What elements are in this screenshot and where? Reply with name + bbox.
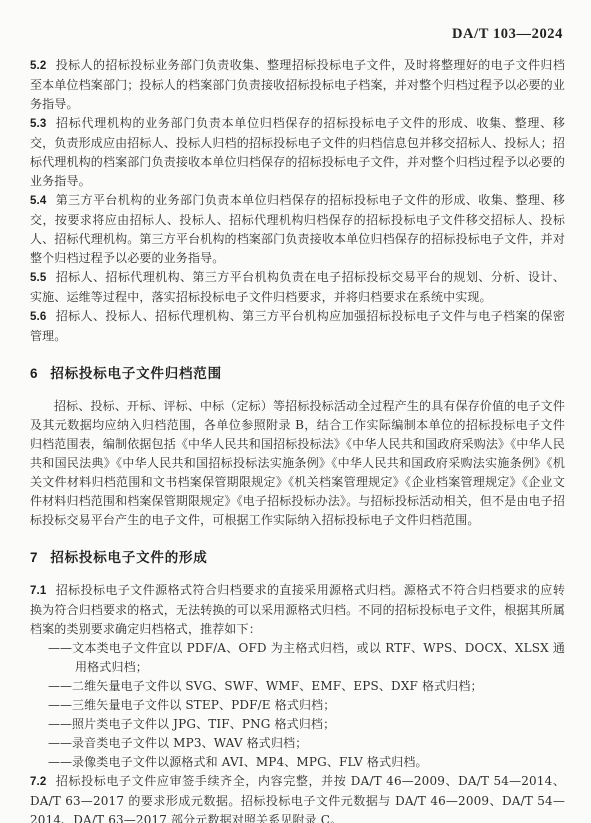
clause-7-1-number: 7.1 [30,585,46,597]
format-list-item-2d-vector: ——二维矢量电子文件以 SVG、SWF、WMF、EMF、EPS、DXF 格式归档… [30,677,565,696]
section-7-title: 招标投标电子文件的形成 [50,550,207,565]
section-6-title: 招标投标电子文件归档范围 [50,366,222,381]
format-list-item-3d-vector: ——三维矢量电子文件以 STEP、PDF/E 格式归档； [30,696,565,715]
list-dash: —— [48,717,72,731]
list-dash: —— [48,736,72,750]
list-item-text: 二维矢量电子文件以 SVG、SWF、WMF、EMF、EPS、DXF 格式归档； [72,679,483,693]
section-7-number: 7 [30,550,38,565]
section-6-number: 6 [30,366,38,381]
clause-5-3: 5.3招标代理机构的业务部门负责本单位归档保存的招标投标电子文件的形成、收集、整… [30,114,565,191]
clause-5-2-number: 5.2 [30,60,46,72]
list-dash: —— [48,755,72,769]
clause-5-4-number: 5.4 [30,195,46,207]
clause-5-5-number: 5.5 [30,272,46,284]
clause-7-1-text: 招标投标电子文件源格式符合归档要求的直接采用源格式归档。源格式不符合归档要求的应… [30,583,565,636]
document-page: DA/T 103—2024 5.2投标人的招标投标业务部门负责收集、整理招标投标… [0,0,591,823]
clause-7-1: 7.1招标投标电子文件源格式符合归档要求的直接采用源格式归档。源格式不符合归档要… [30,581,565,639]
clause-5-4-text: 第三方平台机构的业务部门负责本单位归档保存的招标投标电子文件的形成、收集、整理、… [30,193,565,265]
list-dash: —— [48,679,72,693]
clause-5-5-text: 招标人、招标代理机构、第三方平台机构负责在电子招标投标交易平台的规划、分析、设计… [30,270,565,304]
clause-7-2-text: 招标投标电子文件应审签手续齐全，内容完整，并按 DA/T 46—2009、DA/… [30,774,565,823]
clause-7-2: 7.2招标投标电子文件应审签手续齐全，内容完整，并按 DA/T 46—2009、… [30,772,565,823]
clause-5-6: 5.6招标人、投标人、招标代理机构、第三方平台机构应加强招标投标电子文件与电子档… [30,307,565,346]
list-item-text: 文本类电子文件宜以 PDF/A、OFD 为主格式归档，或以 RTF、WPS、DO… [72,641,565,674]
section-6-heading: 6招标投标电子文件归档范围 [30,362,565,382]
clause-5-2-text: 投标人的招标投标业务部门负责收集、整理招标投标电子文件，及时将整理好的电子文件归… [30,58,565,111]
list-item-text: 录音类电子文件以 MP3、WAV 格式归档； [72,736,307,750]
clause-5-3-number: 5.3 [30,118,46,130]
clause-7-2-number: 7.2 [30,776,46,788]
clause-5-5: 5.5招标人、招标代理机构、第三方平台机构负责在电子招标投标交易平台的规划、分析… [30,268,565,307]
format-list-item-audio: ——录音类电子文件以 MP3、WAV 格式归档； [30,734,565,753]
section-6-paragraph: 招标、投标、开标、评标、中标（定标）等招标投标活动全过程产生的具有保存价值的电子… [30,397,565,530]
list-dash: —— [48,698,72,712]
list-item-text: 录像类电子文件以源格式和 AVI、MP4、MPG、FLV 格式归档。 [72,755,428,769]
list-item-text: 三维矢量电子文件以 STEP、PDF/E 格式归档； [72,698,335,712]
clause-5-3-text: 招标代理机构的业务部门负责本单位归档保存的招标投标电子文件的形成、收集、整理、移… [30,116,565,188]
format-list-item-photo: ——照片类电子文件以 JPG、TIF、PNG 格式归档； [30,715,565,734]
clause-5-2: 5.2投标人的招标投标业务部门负责收集、整理招标投标电子文件，及时将整理好的电子… [30,56,565,114]
section-7-heading: 7招标投标电子文件的形成 [30,546,565,566]
list-dash: —— [48,641,72,655]
format-list-item-video: ——录像类电子文件以源格式和 AVI、MP4、MPG、FLV 格式归档。 [30,753,565,772]
format-list-item-text-class: ——文本类电子文件宜以 PDF/A、OFD 为主格式归档，或以 RTF、WPS、… [30,639,565,677]
standard-number-header: DA/T 103—2024 [30,26,563,43]
clause-5-6-text: 招标人、投标人、招标代理机构、第三方平台机构应加强招标投标电子文件与电子档案的保… [30,309,565,343]
list-item-text: 照片类电子文件以 JPG、TIF、PNG 格式归档； [72,717,335,731]
clause-5-6-number: 5.6 [30,311,46,323]
clause-5-4: 5.4第三方平台机构的业务部门负责本单位归档保存的招标投标电子文件的形成、收集、… [30,191,565,268]
